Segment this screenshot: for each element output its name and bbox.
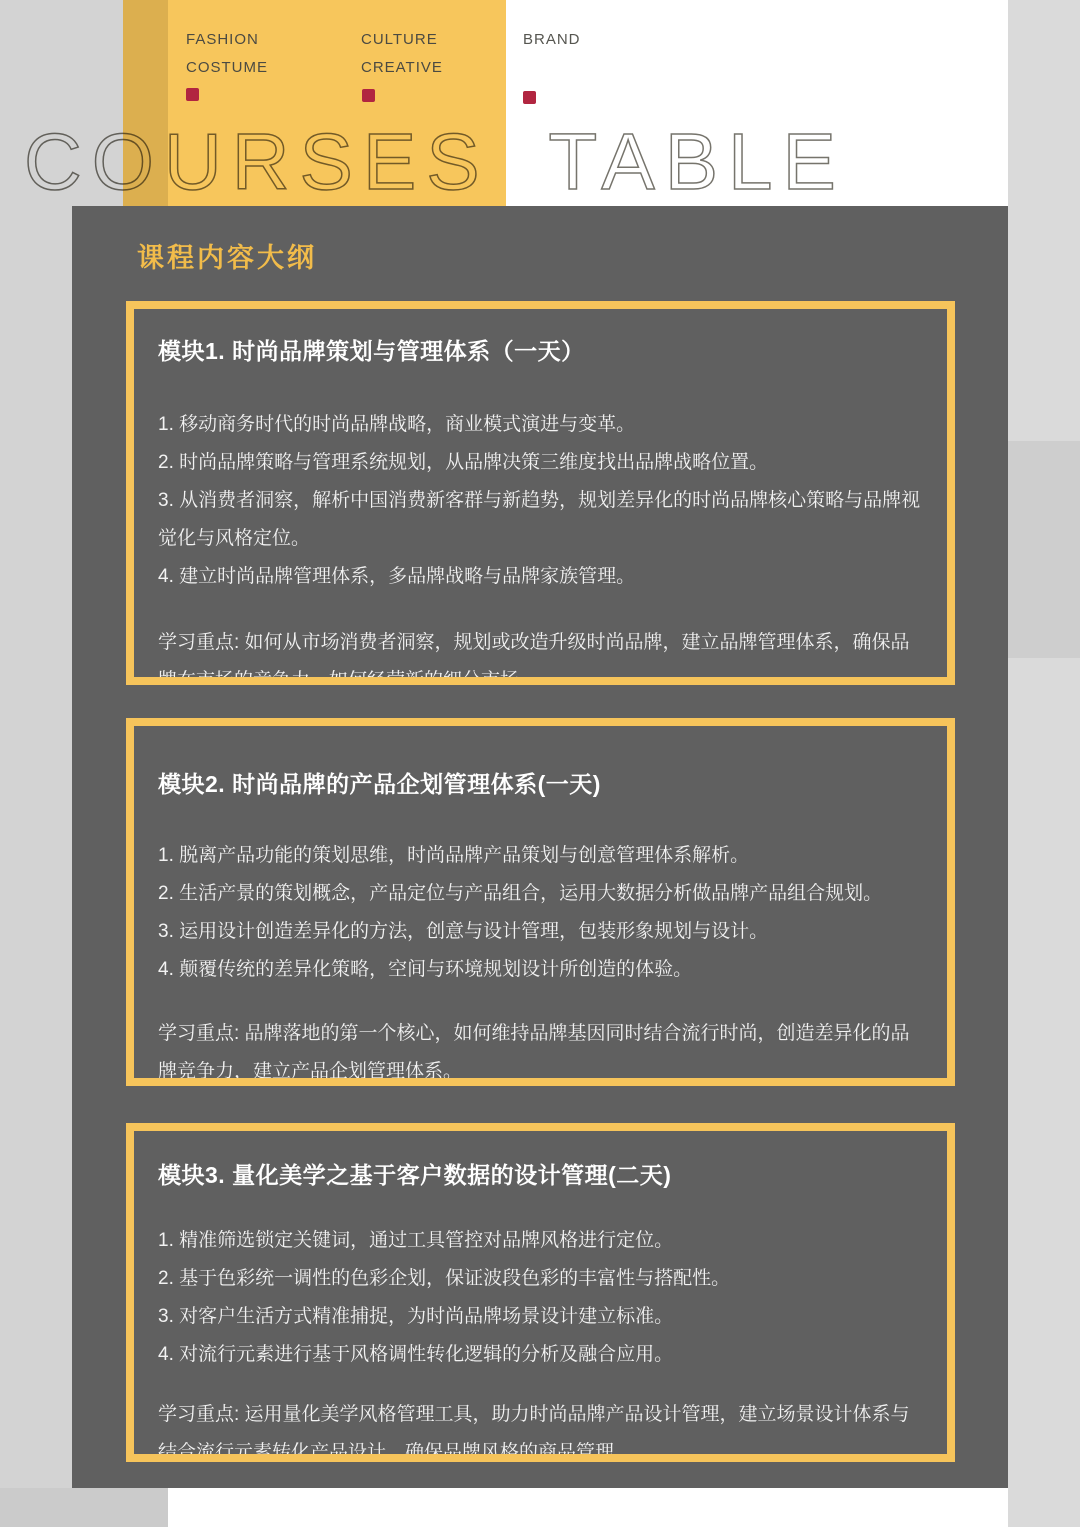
module-3-box: 模块3. 量化美学之基于客户数据的设计管理(二天) 1. 精准筛选锁定关键词，通… <box>126 1123 955 1462</box>
right-gray-strip-dark-segment <box>1008 441 1080 658</box>
header-label-line: BRAND <box>523 31 581 48</box>
panel-heading: 课程内容大纲 <box>137 236 317 275</box>
module-item: 3. 从消费者洞察，解析中国消费新客群与新趋势，规划差异化的时尚品牌核心策略与品… <box>158 482 923 558</box>
module-title: 模块2. 时尚品牌的产品企划管理体系(一天) <box>158 726 923 799</box>
red-accent-square <box>523 91 536 104</box>
header-label-culture-creative: CULTURECREATIVE <box>361 26 443 82</box>
module-item: 3. 对客户生活方式精准捕捉，为时尚品牌场景设计建立标准。 <box>158 1298 923 1336</box>
poster-page: { "colors": { "accent_yellow": "#F7C65C"… <box>0 0 1080 1527</box>
module-2-content: 模块2. 时尚品牌的产品企划管理体系(一天) 1. 脱离产品功能的策划思维，时尚… <box>134 726 947 1086</box>
course-outline-panel: 课程内容大纲 模块1. 时尚品牌策划与管理体系（一天） 1. 移动商务时代的时尚… <box>72 206 1008 1488</box>
module-focus-note: 学习重点: 如何从市场消费者洞察，规划或改造升级时尚品牌，建立品牌管理体系，确保… <box>158 624 923 685</box>
header-label-line: CREATIVE <box>361 59 443 76</box>
module-item: 4. 建立时尚品牌管理体系，多品牌战略与品牌家族管理。 <box>158 558 923 596</box>
module-item: 1. 精准筛选锁定关键词，通过工具管控对品牌风格进行定位。 <box>158 1222 923 1260</box>
header-label-line: CULTURE <box>361 31 438 48</box>
header-label-line: COSTUME <box>186 59 268 76</box>
module-item-list: 1. 移动商务时代的时尚品牌战略，商业模式演进与变革。 2. 时尚品牌策略与管理… <box>158 406 923 596</box>
module-title: 模块3. 量化美学之基于客户数据的设计管理(二天) <box>158 1131 923 1190</box>
module-item-list: 1. 精准筛选锁定关键词，通过工具管控对品牌风格进行定位。 2. 基于色彩统一调… <box>158 1222 923 1374</box>
module-item: 2. 基于色彩统一调性的色彩企划，保证波段色彩的丰富性与搭配性。 <box>158 1260 923 1298</box>
header-label-line: FASHION <box>186 31 259 48</box>
big-outline-title: COURSES TABLE <box>24 122 846 202</box>
module-title: 模块1. 时尚品牌策划与管理体系（一天） <box>158 309 923 366</box>
module-focus-note: 学习重点: 运用量化美学风格管理工具，助力时尚品牌产品设计管理，建立场景设计体系… <box>158 1396 923 1462</box>
module-item: 3. 运用设计创造差异化的方法，创意与设计管理，包装形象规划与设计。 <box>158 913 923 951</box>
module-1-content: 模块1. 时尚品牌策划与管理体系（一天） 1. 移动商务时代的时尚品牌战略，商业… <box>134 309 947 685</box>
header-label-brand: BRAND <box>523 26 581 54</box>
module-focus-note: 学习重点: 品牌落地的第一个核心，如何维持品牌基因同时结合流行时尚，创造差异化的… <box>158 1015 923 1086</box>
right-gray-strip <box>1008 0 1080 1527</box>
header-label-fashion-costume: FASHIONCOSTUME <box>186 26 268 82</box>
module-item: 4. 对流行元素进行基于风格调性转化逻辑的分析及融合应用。 <box>158 1336 923 1374</box>
module-item: 4. 颠覆传统的差异化策略，空间与环境规划设计所创造的体验。 <box>158 951 923 989</box>
red-accent-square <box>186 88 199 101</box>
module-1-box: 模块1. 时尚品牌策划与管理体系（一天） 1. 移动商务时代的时尚品牌战略，商业… <box>126 301 955 685</box>
module-2-box: 模块2. 时尚品牌的产品企划管理体系(一天) 1. 脱离产品功能的策划思维，时尚… <box>126 718 955 1086</box>
module-item: 1. 移动商务时代的时尚品牌战略，商业模式演进与变革。 <box>158 406 923 444</box>
red-accent-square <box>362 89 375 102</box>
module-3-content: 模块3. 量化美学之基于客户数据的设计管理(二天) 1. 精准筛选锁定关键词，通… <box>134 1131 947 1462</box>
module-item: 2. 时尚品牌策略与管理系统规划，从品牌决策三维度找出品牌战略位置。 <box>158 444 923 482</box>
module-item: 1. 脱离产品功能的策划思维，时尚品牌产品策划与创意管理体系解析。 <box>158 837 923 875</box>
module-item-list: 1. 脱离产品功能的策划思维，时尚品牌产品策划与创意管理体系解析。 2. 生活产… <box>158 837 923 989</box>
module-item: 2. 生活产景的策划概念，产品定位与产品组合，运用大数据分析做品牌产品组合规划。 <box>158 875 923 913</box>
bottom-left-gray-block <box>0 1488 168 1527</box>
